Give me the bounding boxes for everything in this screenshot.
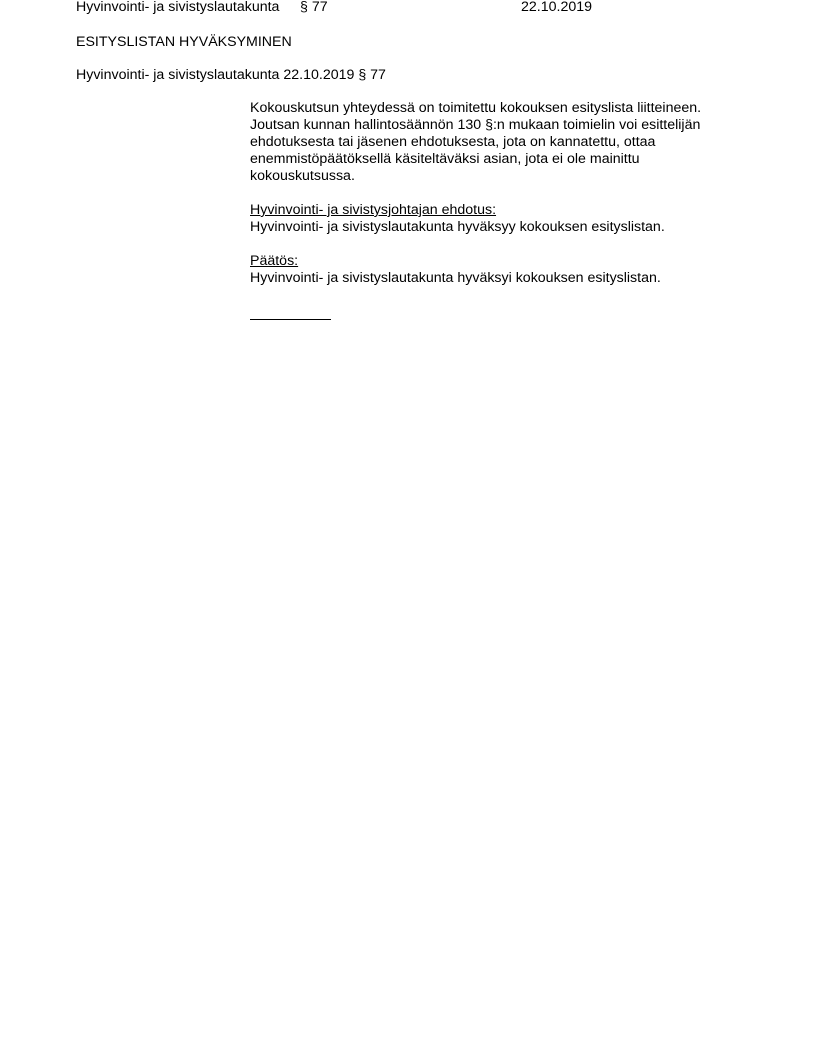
header-body-name: Hyvinvointi- ja sivistyslautakunta <box>76 0 279 16</box>
spacer <box>250 185 730 202</box>
intro-line: Joutsan kunnan hallintosäännön 130 §:n m… <box>250 117 730 134</box>
document-content: Kokouskutsun yhteydessä on toimitettu ko… <box>250 100 730 287</box>
decision-heading: Päätös: <box>250 253 730 270</box>
header-date: 22.10.2019 <box>521 0 592 16</box>
intro-line: ehdotuksesta tai jäsenen ehdotuksesta, j… <box>250 134 730 151</box>
meeting-reference: Hyvinvointi- ja sivistyslautakunta 22.10… <box>76 67 386 84</box>
proposal-text: Hyvinvointi- ja sivistyslautakunta hyväk… <box>250 219 730 236</box>
document-title: ESITYSLISTAN HYVÄKSYMINEN <box>76 34 292 51</box>
proposal-heading: Hyvinvointi- ja sivistysjohtajan ehdotus… <box>250 202 730 219</box>
header-paragraph-number: § 77 <box>300 0 328 16</box>
spacer <box>250 236 730 253</box>
decision-text: Hyvinvointi- ja sivistyslautakunta hyväk… <box>250 270 730 287</box>
intro-line: Kokouskutsun yhteydessä on toimitettu ko… <box>250 100 730 117</box>
separator-line <box>250 319 331 320</box>
intro-line: kokouskutsussa. <box>250 168 730 185</box>
intro-line: enemmistöpäätöksellä käsiteltäväksi asia… <box>250 151 730 168</box>
